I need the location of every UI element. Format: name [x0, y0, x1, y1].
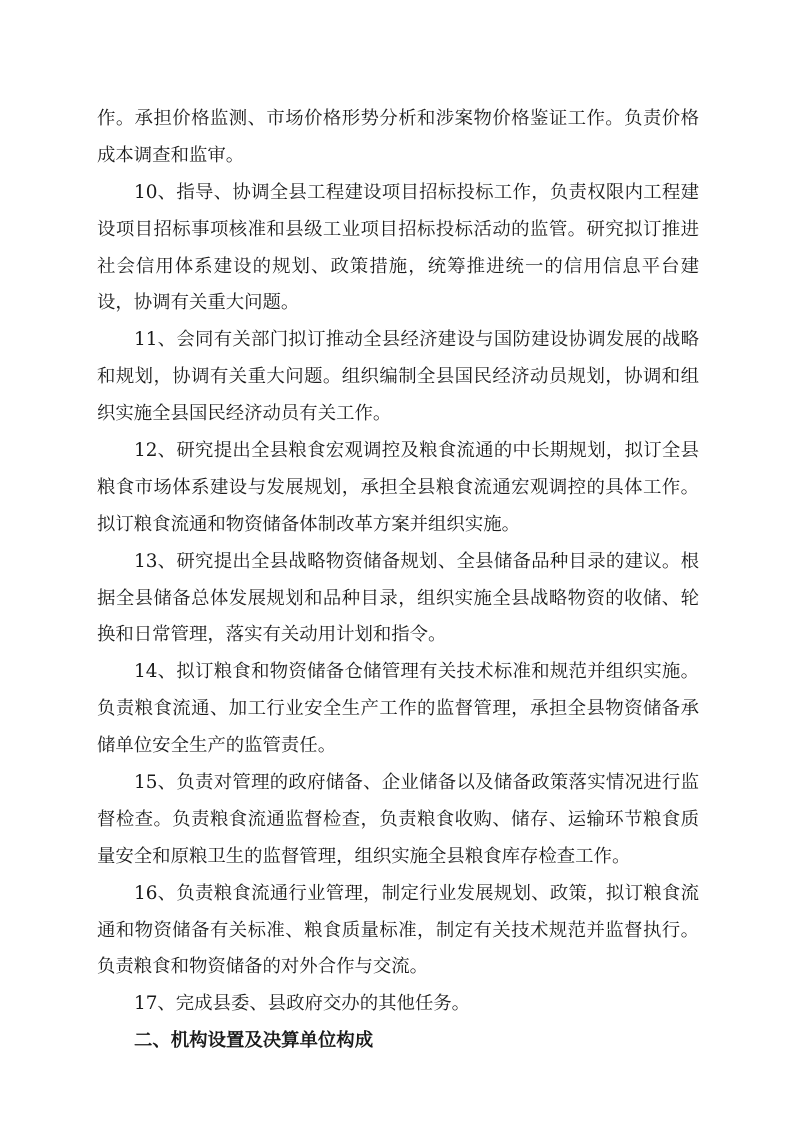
- text-line: 设，协调有关重大问题。: [97, 285, 699, 322]
- text-line: 作。承担价格监测、市场价格形势分析和涉案物价格鉴证工作。负责价格: [97, 101, 699, 138]
- text-line: 社会信用体系建设的规划、政策措施，统筹推进统一的信用信息平台建: [97, 249, 699, 286]
- text-line: 据全县储备总体发展规划和品种目录，组织实施全县战略物资的收储、轮: [97, 581, 699, 618]
- text-line: 10、指导、协调全县工程建设项目招标投标工作，负责权限内工程建: [97, 175, 699, 212]
- paragraph-item-16: 16、负责粮食流通行业管理，制定行业发展规划、政策，拟订粮食流 通和物资储备有关…: [97, 876, 699, 987]
- text-line: 11、会同有关部门拟订推动全县经济建设与国防建设协调发展的战略: [97, 322, 699, 359]
- text-line: 负责粮食流通、加工行业安全生产工作的监督管理，承担全县物资储备承: [97, 691, 699, 728]
- paragraph-item-14: 14、拟订粮食和物资储备仓储管理有关技术标准和规范并组织实施。 负责粮食流通、加…: [97, 654, 699, 765]
- text-line: 拟订粮食流通和物资储备体制改革方案并组织实施。: [97, 507, 699, 544]
- text-line: 17、完成县委、县政府交办的其他任务。: [97, 986, 699, 1023]
- text-line: 和规划，协调有关重大问题。组织编制全县国民经济动员规划，协调和组: [97, 359, 699, 396]
- text-line: 12、研究提出全县粮食宏观调控及粮食流通的中长期规划，拟订全县: [97, 433, 699, 470]
- paragraph-item-17: 17、完成县委、县政府交办的其他任务。: [97, 986, 699, 1023]
- text-line: 量安全和原粮卫生的监督管理，组织实施全县粮食库存检查工作。: [97, 839, 699, 876]
- text-line: 督检查。负责粮食流通监督检查，负责粮食收购、储存、运输环节粮食质: [97, 802, 699, 839]
- text-line: 13、研究提出全县战略物资储备规划、全县储备品种目录的建议。根: [97, 544, 699, 581]
- paragraph-item-13: 13、研究提出全县战略物资储备规划、全县储备品种目录的建议。根 据全县储备总体发…: [97, 544, 699, 655]
- text-line: 换和日常管理，落实有关动用计划和指令。: [97, 617, 699, 654]
- text-line: 成本调查和监审。: [97, 138, 699, 175]
- paragraph-price-monitoring-continued: 作。承担价格监测、市场价格形势分析和涉案物价格鉴证工作。负责价格 成本调查和监审…: [97, 101, 699, 175]
- text-line: 织实施全县国民经济动员有关工作。: [97, 396, 699, 433]
- text-line: 储单位安全生产的监管责任。: [97, 728, 699, 765]
- text-line: 粮食市场体系建设与发展规划，承担全县粮食流通宏观调控的具体工作。: [97, 470, 699, 507]
- text-line: 15、负责对管理的政府储备、企业储备以及储备政策落实情况进行监: [97, 765, 699, 802]
- paragraph-item-11: 11、会同有关部门拟订推动全县经济建设与国防建设协调发展的战略 和规划，协调有关…: [97, 322, 699, 433]
- text-line: 16、负责粮食流通行业管理，制定行业发展规划、政策，拟订粮食流: [97, 876, 699, 913]
- text-line: 通和物资储备有关标准、粮食质量标准，制定有关技术规范并监督执行。: [97, 913, 699, 950]
- text-line: 设项目招标事项核准和县级工业项目招标投标活动的监管。研究拟订推进: [97, 212, 699, 249]
- paragraph-item-10: 10、指导、协调全县工程建设项目招标投标工作，负责权限内工程建 设项目招标事项核…: [97, 175, 699, 323]
- paragraph-item-12: 12、研究提出全县粮食宏观调控及粮食流通的中长期规划，拟订全县 粮食市场体系建设…: [97, 433, 699, 544]
- section-heading: 二、机构设置及决算单位构成: [97, 1023, 699, 1060]
- paragraph-item-15: 15、负责对管理的政府储备、企业储备以及储备政策落实情况进行监 督检查。负责粮食…: [97, 765, 699, 876]
- document-page: 作。承担价格监测、市场价格形势分析和涉案物价格鉴证工作。负责价格 成本调查和监审…: [97, 101, 699, 1060]
- text-line: 负责粮食和物资储备的对外合作与交流。: [97, 949, 699, 986]
- text-line: 14、拟订粮食和物资储备仓储管理有关技术标准和规范并组织实施。: [97, 654, 699, 691]
